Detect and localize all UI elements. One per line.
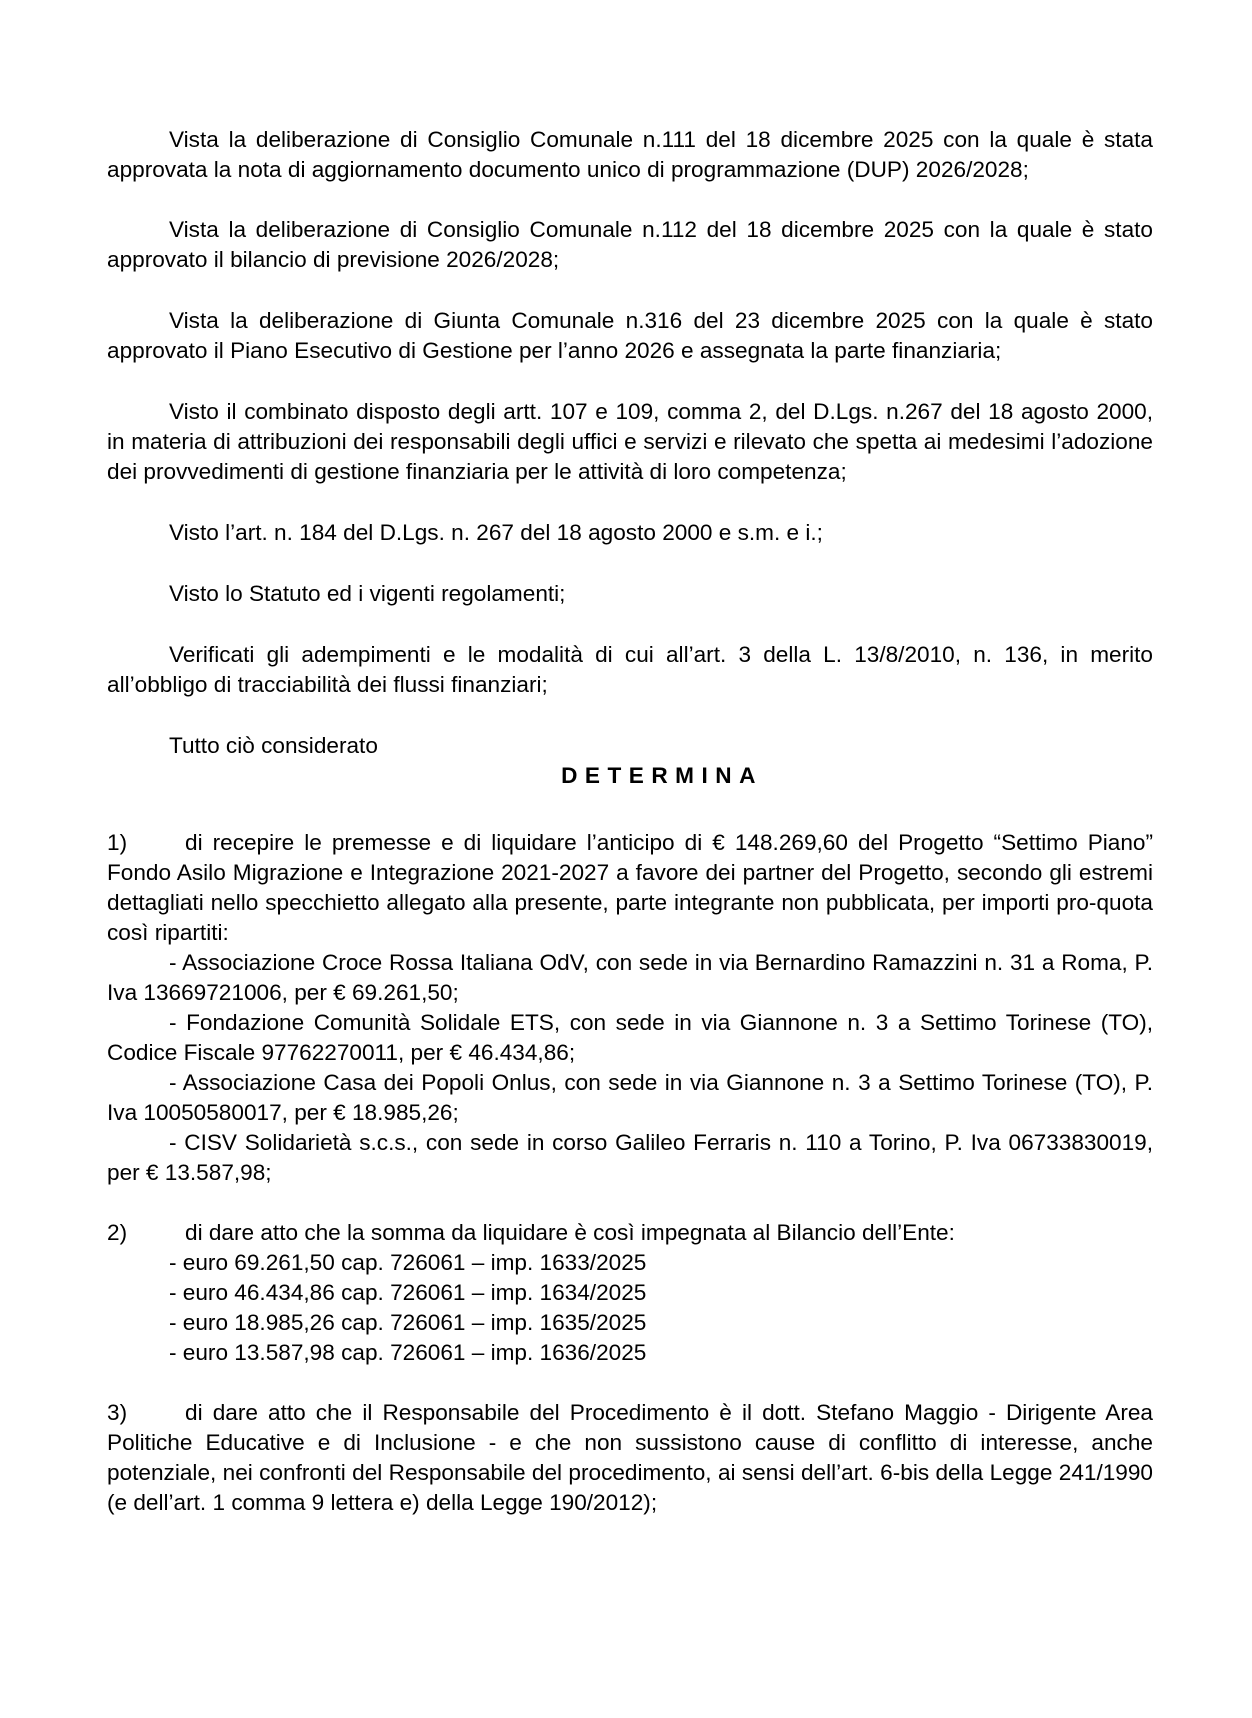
item-2-text: 2)di dare atto che la somma da liquidare… <box>107 1218 1153 1248</box>
item-1-number: 1) <box>107 828 185 858</box>
item-1: 1)di recepire le premesse e di liquidare… <box>107 828 1153 1188</box>
commitment-1635: - euro 18.985,26 cap. 726061 – imp. 1635… <box>107 1308 1153 1338</box>
commitment-1633: - euro 69.261,50 cap. 726061 – imp. 1633… <box>107 1248 1153 1278</box>
premise-statuto: Visto lo Statuto ed i vigenti regolament… <box>107 579 1153 609</box>
item-3-number: 3) <box>107 1398 185 1428</box>
item-2-body: di dare atto che la somma da liquidare è… <box>185 1220 955 1245</box>
premise-peg: Vista la deliberazione di Giunta Comunal… <box>107 306 1153 366</box>
item-3: 3)di dare atto che il Responsabile del P… <box>107 1398 1153 1518</box>
premise-tracciabilita: Verificati gli adempimenti e le modalità… <box>107 640 1153 700</box>
premise-dlgs-184: Visto l’art. n. 184 del D.Lgs. n. 267 de… <box>107 518 1153 548</box>
commitment-1634: - euro 46.434,86 cap. 726061 – imp. 1634… <box>107 1278 1153 1308</box>
document-page: Vista la deliberazione di Consiglio Comu… <box>107 125 1153 1518</box>
partner-cisv: - CISV Solidarietà s.c.s., con sede in c… <box>107 1128 1153 1188</box>
premise-dlgs-107-109: Visto il combinato disposto degli artt. … <box>107 397 1153 487</box>
item-2-number: 2) <box>107 1218 185 1248</box>
premise-dup: Vista la deliberazione di Consiglio Comu… <box>107 125 1153 185</box>
item-3-text: 3)di dare atto che il Responsabile del P… <box>107 1398 1153 1518</box>
item-3-body: di dare atto che il Responsabile del Pro… <box>107 1400 1153 1515</box>
item-2: 2)di dare atto che la somma da liquidare… <box>107 1218 1153 1368</box>
premise-bilancio: Vista la deliberazione di Consiglio Comu… <box>107 215 1153 275</box>
considered-line: Tutto ciò considerato <box>107 731 1153 761</box>
item-1-body: di recepire le premesse e di liquidare l… <box>107 830 1153 945</box>
partner-croce-rossa: - Associazione Croce Rossa Italiana OdV,… <box>107 948 1153 1008</box>
partner-casa-dei-popoli: - Associazione Casa dei Popoli Onlus, co… <box>107 1068 1153 1128</box>
commitment-1636: - euro 13.587,98 cap. 726061 – imp. 1636… <box>107 1338 1153 1368</box>
item-1-text: 1)di recepire le premesse e di liquidare… <box>107 828 1153 948</box>
determina-heading: DETERMINA <box>107 761 1153 791</box>
partner-fondazione-comunita-solidale: - Fondazione Comunità Solidale ETS, con … <box>107 1008 1153 1068</box>
